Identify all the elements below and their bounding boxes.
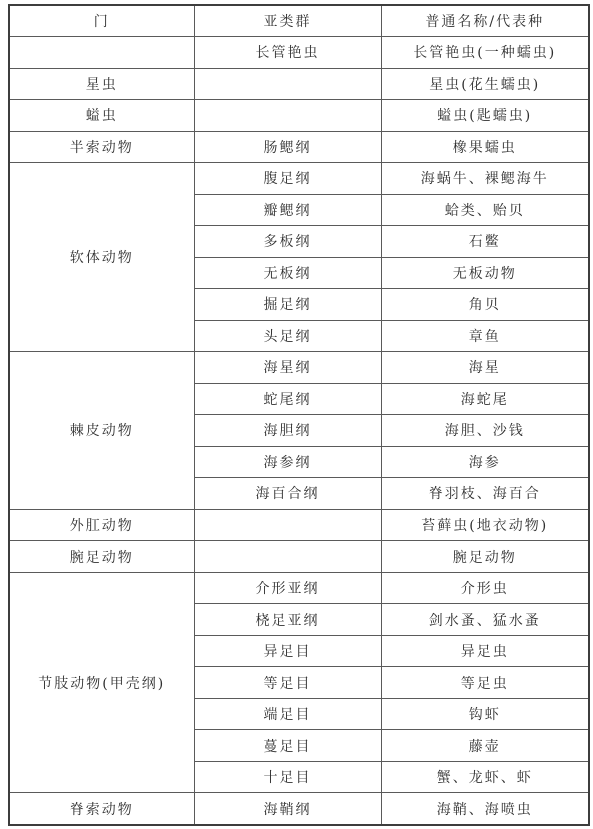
subgroup-cell: 瓣鳃纲: [194, 194, 381, 226]
common-name-cell: 蛤类、贻贝: [381, 194, 589, 226]
subgroup-cell: 异足目: [194, 635, 381, 667]
phylum-cell: 腕足动物: [9, 541, 194, 573]
table-body: 长管艳虫长管艳虫(一种蠕虫)星虫星虫(花生蠕虫)螠虫螠虫(匙蠕虫)半索动物肠鳃纲…: [9, 37, 589, 826]
subgroup-cell: 海胆纲: [194, 415, 381, 447]
common-name-cell: 钩虾: [381, 698, 589, 730]
scanned-page: 门 亚类群 普通名称/代表种 长管艳虫长管艳虫(一种蠕虫)星虫星虫(花生蠕虫)螠…: [0, 0, 593, 829]
header-row: 门 亚类群 普通名称/代表种: [9, 5, 589, 37]
subgroup-cell: 海参纲: [194, 446, 381, 478]
subgroup-cell: 海百合纲: [194, 478, 381, 510]
subgroup-cell: 掘足纲: [194, 289, 381, 321]
column-header-common-name: 普通名称/代表种: [381, 5, 589, 37]
subgroup-cell: 蛇尾纲: [194, 383, 381, 415]
subgroup-cell: 十足目: [194, 761, 381, 793]
subgroup-cell: [194, 68, 381, 100]
common-name-cell: 海蜗牛、裸鳃海牛: [381, 163, 589, 195]
subgroup-cell: [194, 541, 381, 573]
common-name-cell: 石鳖: [381, 226, 589, 258]
common-name-cell: 星虫(花生蠕虫): [381, 68, 589, 100]
column-header-subgroup: 亚类群: [194, 5, 381, 37]
subgroup-cell: 腹足纲: [194, 163, 381, 195]
table-row: 长管艳虫长管艳虫(一种蠕虫): [9, 37, 589, 69]
subgroup-cell: 桡足亚纲: [194, 604, 381, 636]
common-name-cell: 脊羽枝、海百合: [381, 478, 589, 510]
phylum-cell: [9, 37, 194, 69]
subgroup-cell: [194, 100, 381, 132]
phylum-cell: 半索动物: [9, 131, 194, 163]
common-name-cell: 海鞘、海喷虫: [381, 793, 589, 825]
phylum-cell: 外肛动物: [9, 509, 194, 541]
table-row: 软体动物腹足纲海蜗牛、裸鳃海牛: [9, 163, 589, 195]
column-header-phylum: 门: [9, 5, 194, 37]
taxonomy-table: 门 亚类群 普通名称/代表种 长管艳虫长管艳虫(一种蠕虫)星虫星虫(花生蠕虫)螠…: [8, 4, 590, 826]
table-row: 棘皮动物海星纲海星: [9, 352, 589, 384]
subgroup-cell: 等足目: [194, 667, 381, 699]
phylum-cell: 螠虫: [9, 100, 194, 132]
common-name-cell: 异足虫: [381, 635, 589, 667]
common-name-cell: 橡果蠕虫: [381, 131, 589, 163]
table-row: 腕足动物腕足动物: [9, 541, 589, 573]
table-row: 外肛动物苔藓虫(地衣动物): [9, 509, 589, 541]
subgroup-cell: 介形亚纲: [194, 572, 381, 604]
common-name-cell: 螠虫(匙蠕虫): [381, 100, 589, 132]
subgroup-cell: 长管艳虫: [194, 37, 381, 69]
common-name-cell: 海星: [381, 352, 589, 384]
common-name-cell: 苔藓虫(地衣动物): [381, 509, 589, 541]
common-name-cell: 腕足动物: [381, 541, 589, 573]
phylum-cell: 软体动物: [9, 163, 194, 352]
phylum-cell: 星虫: [9, 68, 194, 100]
subgroup-cell: 无板纲: [194, 257, 381, 289]
table-row: 半索动物肠鳃纲橡果蠕虫: [9, 131, 589, 163]
common-name-cell: 无板动物: [381, 257, 589, 289]
common-name-cell: 海胆、沙钱: [381, 415, 589, 447]
subgroup-cell: 肠鳃纲: [194, 131, 381, 163]
phylum-cell: 脊索动物: [9, 793, 194, 825]
common-name-cell: 章鱼: [381, 320, 589, 352]
subgroup-cell: 蔓足目: [194, 730, 381, 762]
table-row: 星虫星虫(花生蠕虫): [9, 68, 589, 100]
subgroup-cell: 端足目: [194, 698, 381, 730]
common-name-cell: 海蛇尾: [381, 383, 589, 415]
phylum-cell: 节肢动物(甲壳纲): [9, 572, 194, 793]
common-name-cell: 藤壶: [381, 730, 589, 762]
common-name-cell: 长管艳虫(一种蠕虫): [381, 37, 589, 69]
common-name-cell: 角贝: [381, 289, 589, 321]
subgroup-cell: 多板纲: [194, 226, 381, 258]
common-name-cell: 剑水蚤、猛水蚤: [381, 604, 589, 636]
table-row: 螠虫螠虫(匙蠕虫): [9, 100, 589, 132]
subgroup-cell: 海星纲: [194, 352, 381, 384]
common-name-cell: 等足虫: [381, 667, 589, 699]
subgroup-cell: [194, 509, 381, 541]
subgroup-cell: 头足纲: [194, 320, 381, 352]
common-name-cell: 介形虫: [381, 572, 589, 604]
table-row: 节肢动物(甲壳纲)介形亚纲介形虫: [9, 572, 589, 604]
common-name-cell: 海参: [381, 446, 589, 478]
subgroup-cell: 海鞘纲: [194, 793, 381, 825]
phylum-cell: 棘皮动物: [9, 352, 194, 510]
common-name-cell: 蟹、龙虾、虾: [381, 761, 589, 793]
table-row: 脊索动物海鞘纲海鞘、海喷虫: [9, 793, 589, 825]
